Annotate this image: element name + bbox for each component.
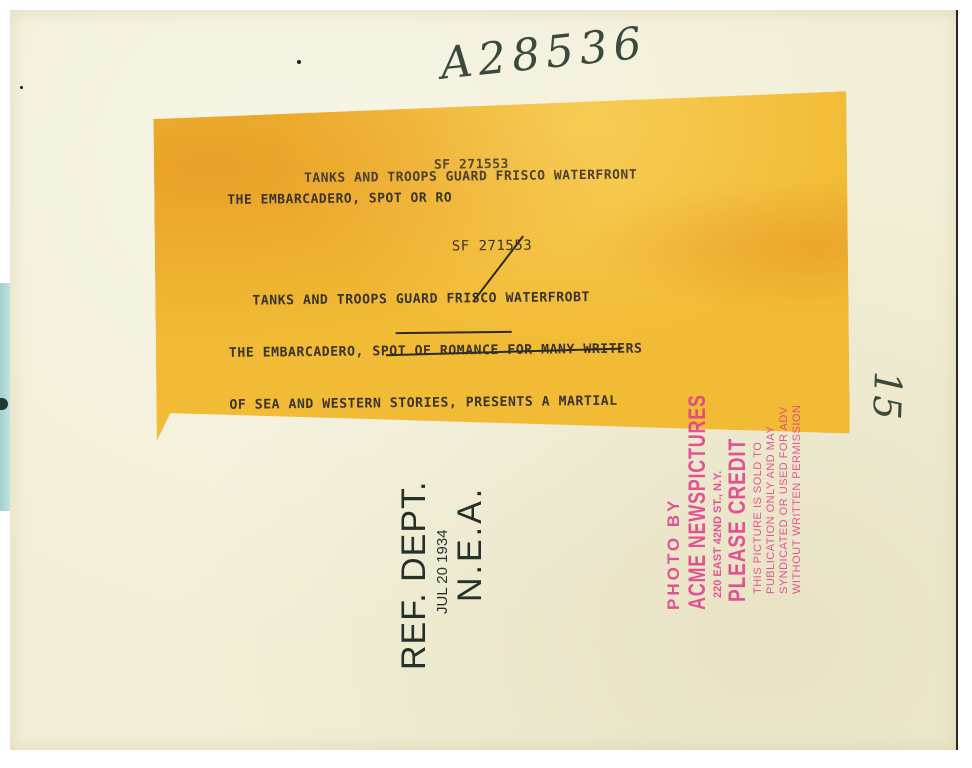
ink-speck bbox=[297, 60, 301, 64]
ref-dept-org: N.E.A. bbox=[451, 481, 490, 602]
acme-credit-stamp: PHOTO BY ACME NEWSPICTURES 220 EAST 42ND… bbox=[664, 370, 804, 610]
handwritten-side-number: 15 bbox=[864, 370, 910, 420]
caption-body-line: OF SEA AND WESTERN STORIES, PRESENTS A M… bbox=[229, 392, 643, 414]
reference-dept-stamp: REF. DEPT. JUL 20 1934 N.E.A. bbox=[395, 481, 490, 670]
ink-speck bbox=[20, 86, 23, 89]
acme-stamp-line: ACME NEWSPICTURES bbox=[684, 430, 712, 610]
ref-dept-date: JUL 20 1934 bbox=[434, 481, 451, 614]
acme-stamp-line: 220 EAST 42ND ST., N.Y. bbox=[712, 370, 724, 598]
caption-body-line: THE EMBARCADERO, SPOT OF ROMANCE FOR MAN… bbox=[229, 341, 643, 363]
acme-stamp-line: PUBLICATION ONLY AND MAY bbox=[765, 370, 778, 594]
acme-stamp-line: SYNDICATED OR USED FOR ADV bbox=[778, 370, 791, 594]
acme-stamp-line: PLEASE CREDIT bbox=[724, 416, 752, 602]
acme-stamp-line: PHOTO BY bbox=[664, 370, 684, 610]
overprinted-title: TANKS AND TROOPS GUARD FRISCO WATERFRONT bbox=[304, 168, 637, 186]
caption-headline: TANKS AND TROOPS GUARD FRISCO WATERFROBT bbox=[252, 289, 642, 310]
acme-stamp-line: THIS PICTURE IS SOLD TO bbox=[752, 370, 765, 594]
aborted-first-line: THE EMBARCADERO, SPOT OR RO bbox=[227, 191, 452, 208]
ref-dept-label: REF. DEPT. bbox=[395, 481, 434, 670]
acme-stamp-line: WITHOUT WRITTEN PERMISSION bbox=[791, 370, 804, 594]
